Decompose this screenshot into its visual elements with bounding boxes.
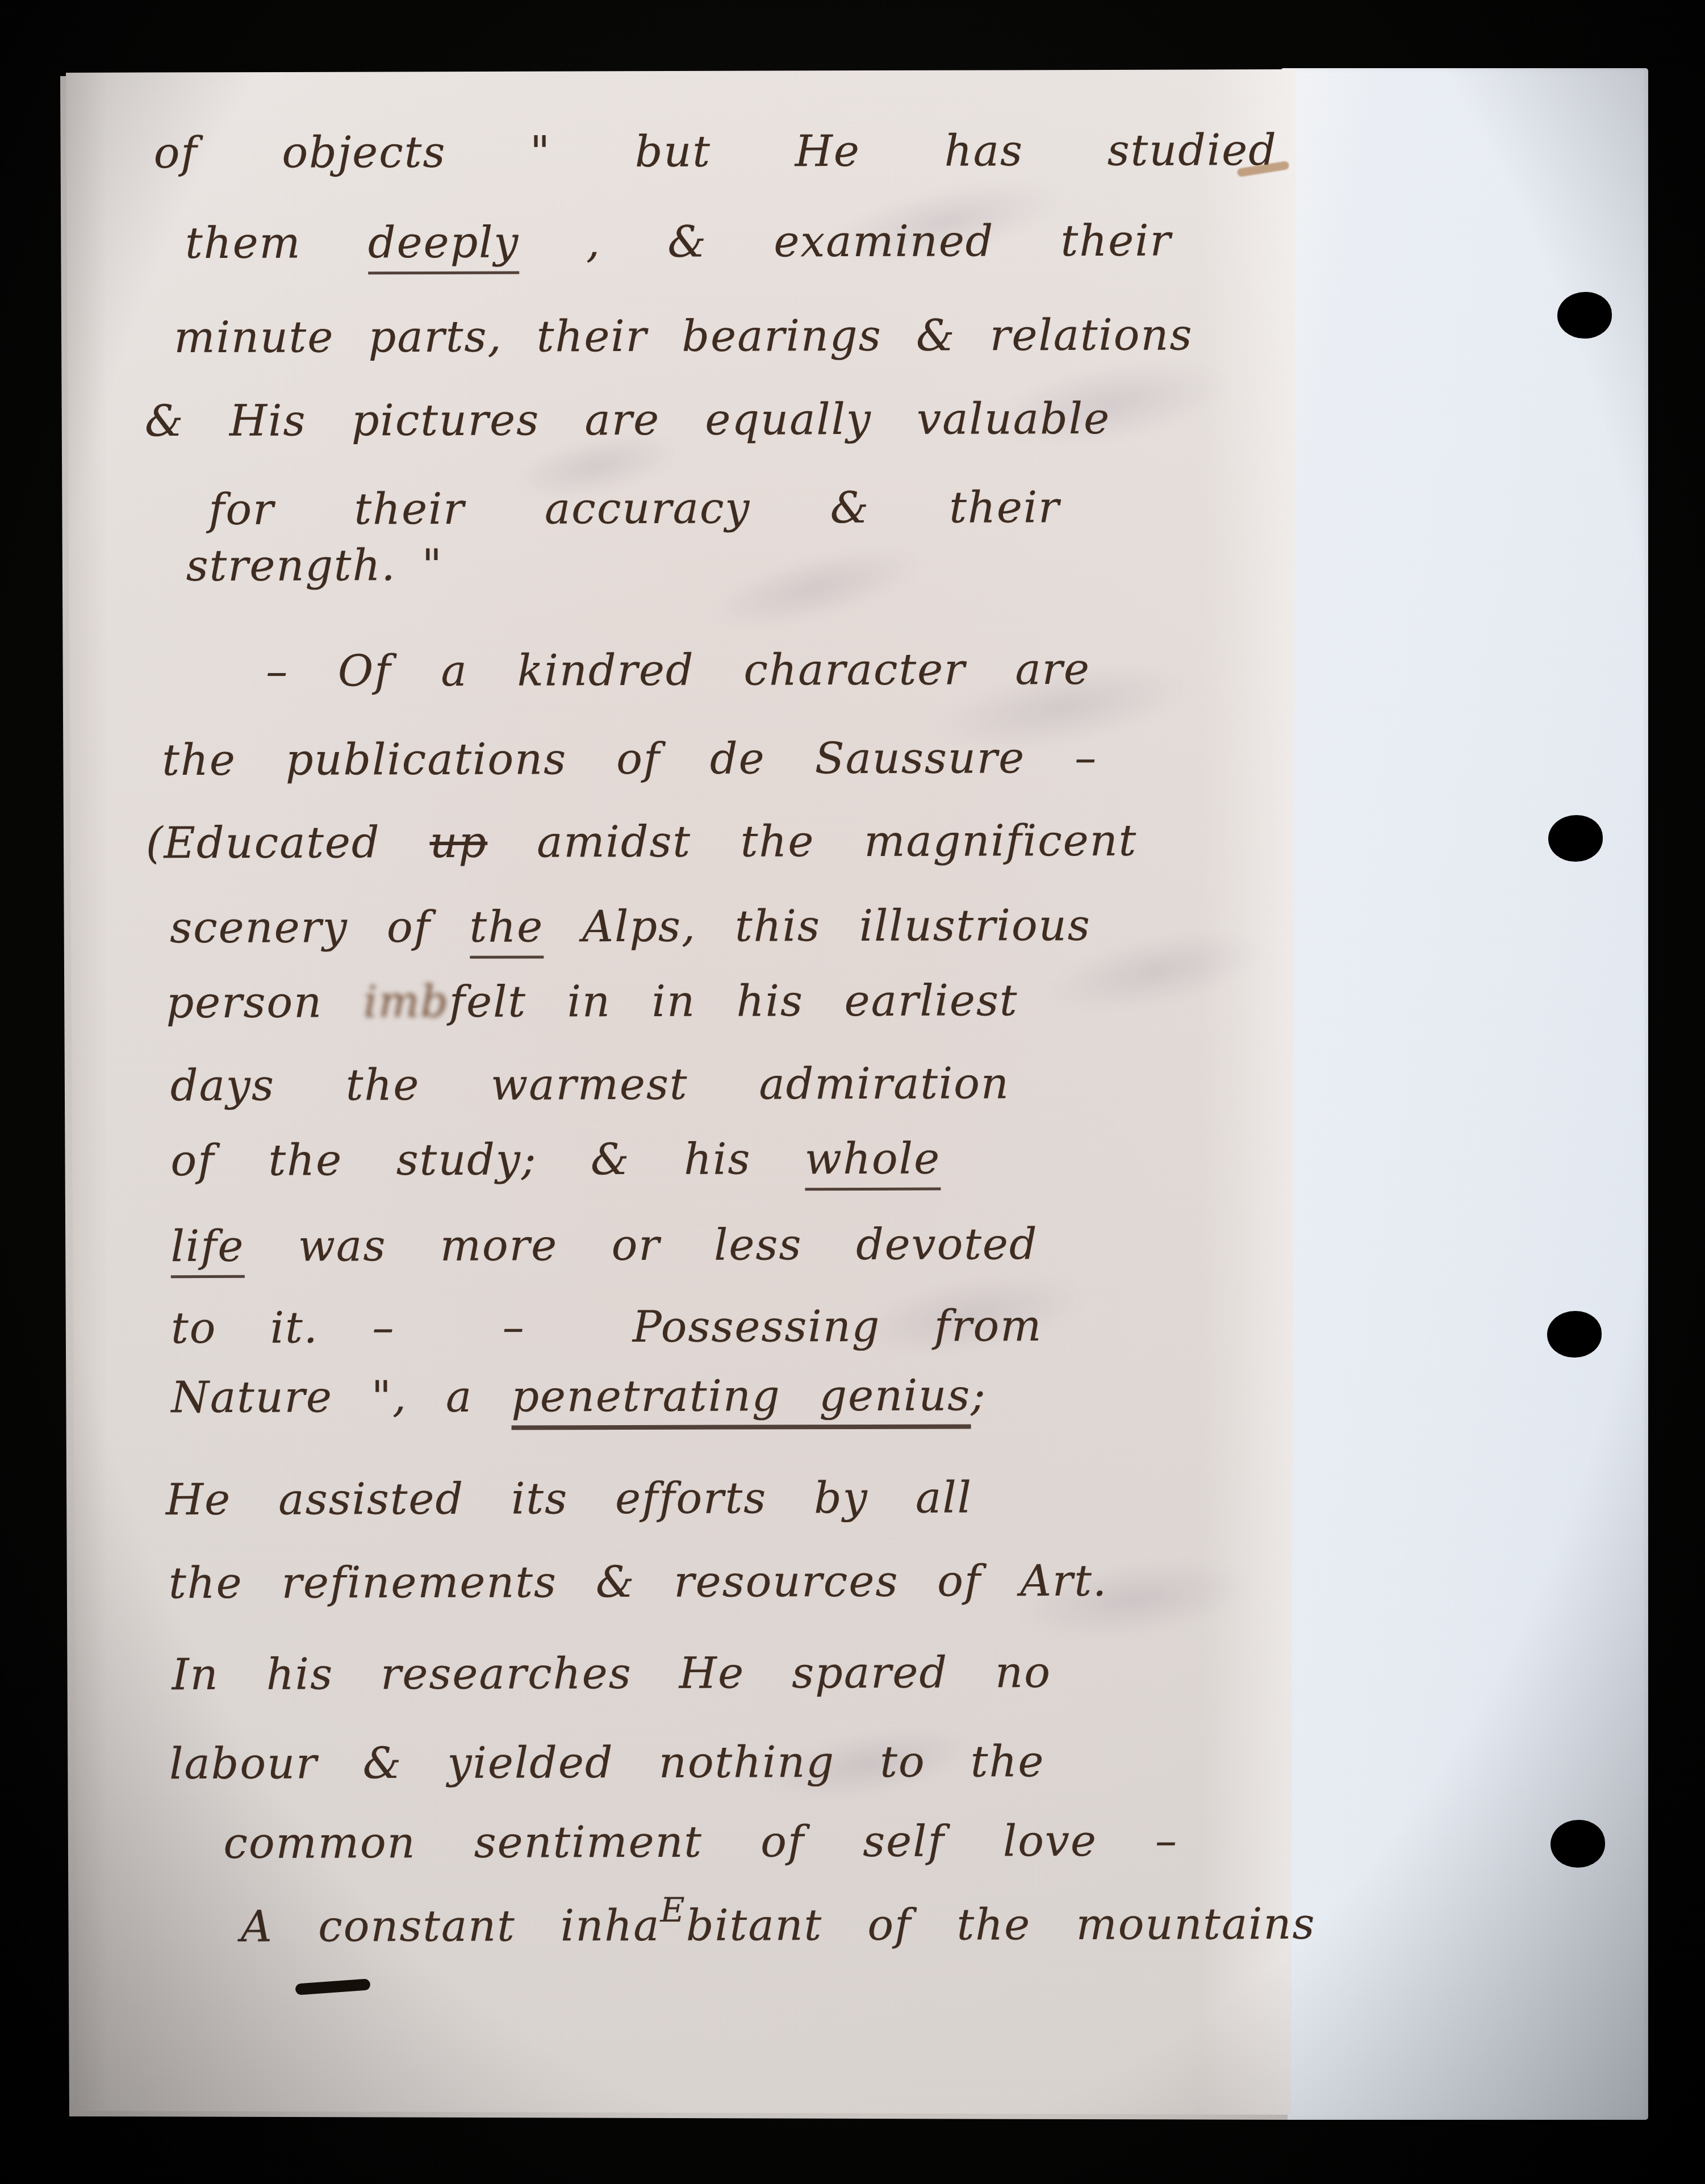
manuscript-line-22: A constant inhaEbitant of the mountains: [241, 1897, 1316, 1953]
underlined-word: the: [470, 901, 544, 958]
manuscript-line-20: labour & yielded nothing to the: [169, 1734, 1045, 1790]
manuscript-line-17: He assisted its efforts by all: [166, 1470, 972, 1526]
text-segment: days the warmest admiration: [170, 1058, 1010, 1110]
text-segment: amidst the magnificent: [487, 815, 1137, 867]
handwriting-layer: of objects " but He has studied them dee…: [0, 0, 1705, 2184]
text-segment: A constant inha: [241, 1900, 661, 1952]
text-segment: Nature ", a: [171, 1371, 511, 1423]
manuscript-line-10: scenery of the Alps, this illustrious: [170, 898, 1091, 954]
text-segment: – Of a kindred character are: [266, 644, 1090, 696]
text-segment: strength. ": [186, 540, 442, 591]
manuscript-line-18: the refinements & resources of Art.: [169, 1554, 1108, 1610]
text-segment: In his researches He spared no: [172, 1647, 1052, 1699]
text-segment: , & examined their: [519, 215, 1172, 268]
text-segment: person: [166, 976, 363, 1028]
text-segment: was more or less devoted: [244, 1218, 1038, 1271]
manuscript-line-2: them deeply , & examined their: [185, 214, 1172, 270]
underlined-word: life: [171, 1221, 245, 1278]
text-segment: labour & yielded nothing to the: [169, 1736, 1045, 1789]
text-segment: (Educated: [146, 817, 430, 868]
text-segment: ;: [971, 1369, 987, 1420]
text-segment: to it. – – Possessing from: [171, 1300, 1042, 1353]
photo-background: of objects " but He has studied them dee…: [0, 0, 1705, 2184]
underlined-phrase: penetrating genius: [511, 1369, 971, 1430]
manuscript-line-16: Nature ", a penetrating genius;: [171, 1368, 987, 1424]
text-segment: He assisted its efforts by all: [166, 1472, 972, 1525]
manuscript-line-13: of the study; & his whole: [170, 1131, 941, 1188]
underlined-word: whole: [805, 1133, 941, 1191]
text-segment: them: [185, 217, 368, 268]
manuscript-line-8: the publications of de Saussure –: [162, 730, 1097, 787]
blotted-word: imb: [363, 976, 449, 1027]
manuscript-line-21: common sentiment of self love –: [223, 1814, 1178, 1870]
text-segment: for their accuracy & their: [208, 482, 1060, 534]
manuscript-line-4: & His pictures are equally valuable: [145, 391, 1110, 448]
manuscript-line-5: for their accuracy & their: [208, 480, 1060, 536]
text-segment: bitant of the mountains: [686, 1898, 1316, 1951]
text-segment: Alps, this illustrious: [544, 900, 1091, 952]
manuscript-line-1: of objects " but He has studied: [154, 123, 1277, 179]
underlined-word: deeply: [368, 217, 520, 275]
text-segment: common sentiment of self love –: [223, 1815, 1178, 1868]
text-segment: felt in in his earliest: [449, 975, 1018, 1027]
manuscript-line-7: – Of a kindred character are: [266, 642, 1090, 698]
manuscript-line-6: strength. ": [186, 538, 442, 592]
struck-out-word: up: [429, 817, 487, 867]
text-segment: the publications of de Saussure –: [162, 732, 1097, 785]
manuscript-line-19: In his researches He spared no: [172, 1645, 1052, 1701]
text-segment: minute parts, their bearings & relations: [174, 309, 1193, 362]
manuscript-line-12: days the warmest admiration: [170, 1056, 1010, 1112]
text-segment: the refinements & resources of Art.: [169, 1555, 1108, 1608]
manuscript-line-3: minute parts, their bearings & relations: [174, 307, 1193, 364]
superscript-insert: E: [660, 1890, 686, 1930]
text-segment: scenery of: [170, 901, 470, 953]
manuscript-line-11: person imbfelt in in his earliest: [166, 973, 1018, 1029]
manuscript-line-15: to it. – – Possessing from: [171, 1298, 1042, 1355]
text-segment: of objects " but He has studied: [154, 124, 1277, 178]
manuscript-line-9: (Educated up amidst the magnificent: [146, 813, 1138, 870]
text-segment: of the study; & his: [170, 1133, 805, 1185]
text-segment: & His pictures are equally valuable: [145, 393, 1110, 446]
manuscript-line-14: life was more or less devoted: [171, 1217, 1038, 1273]
